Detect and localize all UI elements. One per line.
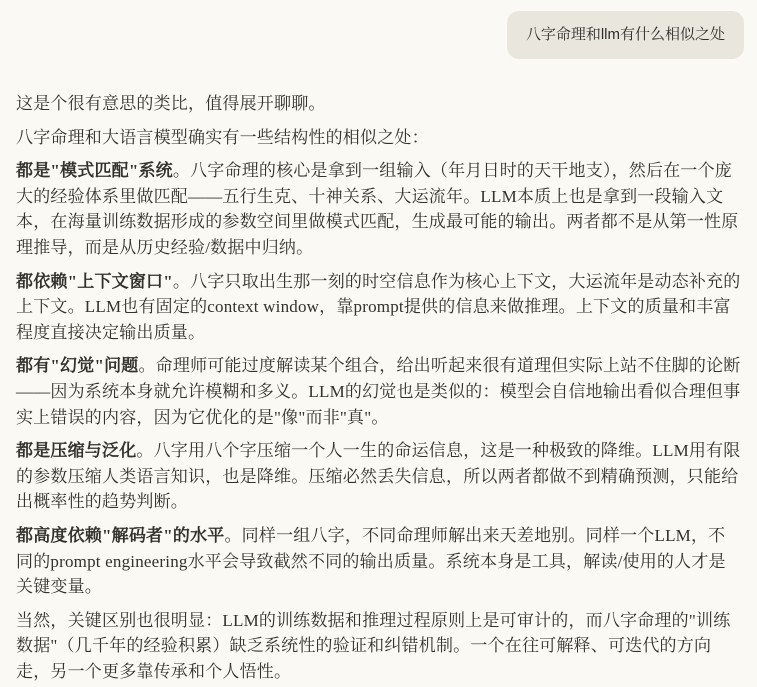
paragraph-bold-lead: 都是"模式匹配"系统 bbox=[16, 161, 173, 180]
paragraph-text: 当然，关键区别也很明显：LLM的训练数据和推理过程原则上是可审计的，而八字命理的… bbox=[16, 611, 730, 681]
response-paragraph: 这是个很有意思的类比，值得展开聊聊。 bbox=[16, 91, 741, 117]
response-paragraph: 都有"幻觉"问题。命理师可能过度解读某个组合，给出听起来很有道理但实际上站不住脚… bbox=[16, 353, 741, 430]
response-paragraph: 都依赖"上下文窗口"。八字只取出生那一刻的时空信息作为核心上下文，大运流年是动态… bbox=[16, 269, 741, 346]
chat-container: 八字命理和llm有什么相似之处 这是个很有意思的类比，值得展开聊聊。 八字命理和… bbox=[0, 0, 757, 687]
paragraph-text: 这是个很有意思的类比，值得展开聊聊。 bbox=[16, 94, 326, 113]
response-paragraph: 当然，关键区别也很明显：LLM的训练数据和推理过程原则上是可审计的，而八字命理的… bbox=[16, 608, 741, 685]
paragraph-bold-lead: 都是压缩与泛化 bbox=[16, 441, 136, 460]
paragraph-bold-lead: 都依赖"上下文窗口" bbox=[16, 272, 173, 291]
user-message-bubble: 八字命理和llm有什么相似之处 bbox=[507, 11, 744, 59]
paragraph-bold-lead: 都高度依赖"解码者"的水平 bbox=[16, 526, 224, 545]
response-paragraph: 都高度依赖"解码者"的水平。同样一组八字，不同命理师解出来天差地别。同样一个LL… bbox=[16, 523, 741, 600]
assistant-response: 这是个很有意思的类比，值得展开聊聊。 八字命理和大语言模型确实有一些结构性的相似… bbox=[0, 59, 757, 684]
user-message-text: 八字命理和llm有什么相似之处 bbox=[526, 26, 725, 43]
response-paragraph: 八字命理和大语言模型确实有一些结构性的相似之处： bbox=[16, 125, 741, 151]
response-paragraph: 都是压缩与泛化。八字用八个字压缩一个人一生的命运信息，这是一种极致的降维。LLM… bbox=[16, 438, 741, 515]
user-message-row: 八字命理和llm有什么相似之处 bbox=[0, 0, 757, 59]
paragraph-bold-lead: 都有"幻觉"问题 bbox=[16, 356, 138, 375]
paragraph-text: 八字命理和大语言模型确实有一些结构性的相似之处： bbox=[16, 128, 429, 147]
response-paragraph: 都是"模式匹配"系统。八字命理的核心是拿到一组输入（年月日时的天干地支），然后在… bbox=[16, 158, 741, 260]
